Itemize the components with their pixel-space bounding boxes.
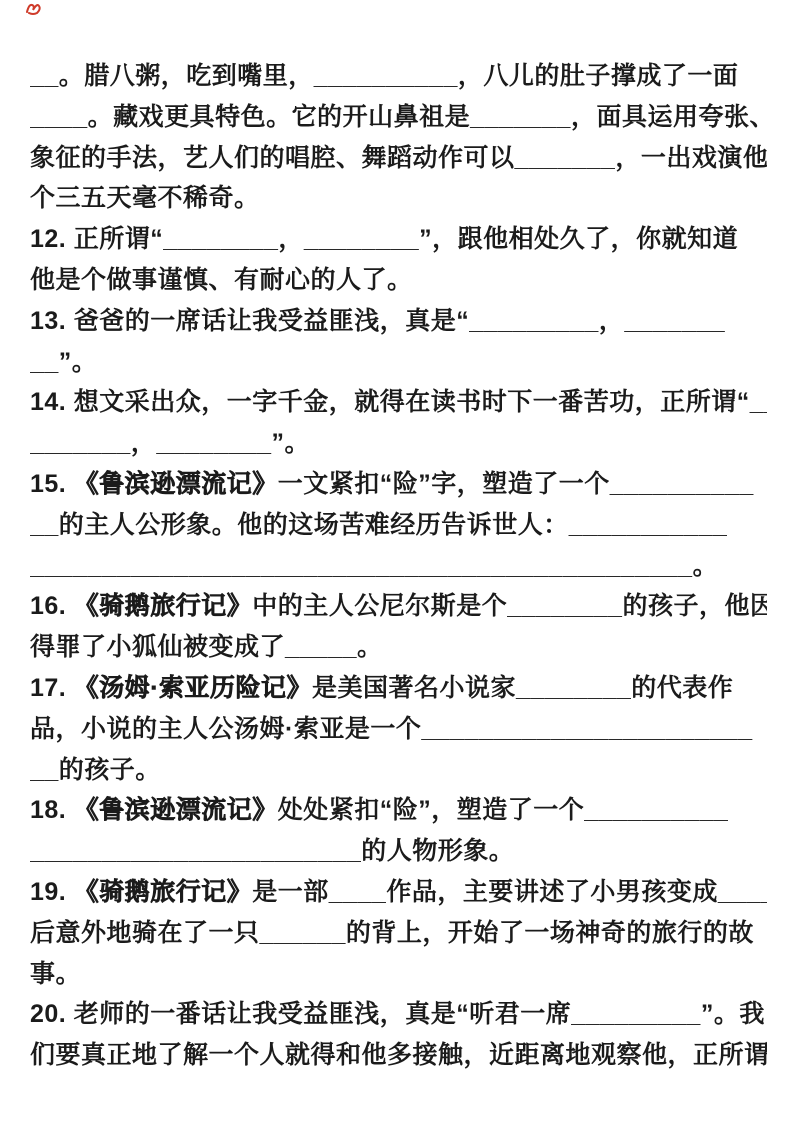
text-run: __的孩子。 bbox=[30, 756, 161, 784]
text-line: __”。 bbox=[30, 342, 767, 383]
text-run: 中的主人公尼尔斯是个________的孩子，他因 bbox=[252, 592, 767, 620]
text-line: _______，________”。 bbox=[30, 423, 767, 464]
text-run: 16. bbox=[30, 592, 74, 620]
worksheet-text-block: __。腊八粥，吃到嘴里，__________，八儿的肚子撑成了一面____。藏戏… bbox=[30, 56, 767, 1076]
text-run: ____。藏戏更具特色。它的开山鼻祖是_______，面具运用夸张、 bbox=[30, 103, 767, 131]
book-title: 《鲁滨逊漂流记》 bbox=[74, 796, 278, 824]
text-run: 是美国著名小说家________的代表作 bbox=[312, 674, 733, 702]
book-title: 《鲁滨逊漂流记》 bbox=[74, 470, 278, 498]
text-line: __的孩子。 bbox=[30, 750, 767, 791]
text-run: 处处紧扣“险”，塑造了一个__________ bbox=[278, 796, 729, 824]
text-line: __。腊八粥，吃到嘴里，__________，八儿的肚子撑成了一面 bbox=[30, 56, 767, 97]
text-run: 他是个做事谨慎、有耐心的人了。 bbox=[30, 266, 413, 294]
text-run: 14. 想文采出众，一字千金，就得在读书时下一番苦功，正所谓“__ bbox=[30, 388, 767, 416]
text-run: 得罪了小狐仙被变成了_____。 bbox=[30, 633, 383, 661]
text-line: 13. 爸爸的一席话让我受益匪浅，真是“_________，_______ bbox=[30, 301, 767, 342]
text-line: 们要真正地了解一个人就得和他多接触，近距离地观察他，正所谓 bbox=[30, 1035, 767, 1076]
text-run: 是一部____作品，主要讲述了小男孩变成_____ bbox=[252, 878, 767, 906]
text-line: 18. 《鲁滨逊漂流记》处处紧扣“险”，塑造了一个__________ bbox=[30, 790, 767, 831]
book-title: 《汤姆·索亚历险记》 bbox=[74, 674, 312, 702]
book-title: 《骑鹅旅行记》 bbox=[74, 592, 253, 620]
text-line: 16. 《骑鹅旅行记》中的主人公尼尔斯是个________的孩子，他因 bbox=[30, 586, 767, 627]
text-run: 事。 bbox=[30, 960, 81, 988]
red-scribble-mark bbox=[25, 1, 43, 16]
text-line: _______________________的人物形象。 bbox=[30, 831, 767, 872]
text-line: 品，小说的主人公汤姆·索亚是一个_______________________ bbox=[30, 709, 767, 750]
text-run: _______________________的人物形象。 bbox=[30, 837, 514, 865]
text-run: 13. 爸爸的一席话让我受益匪浅，真是“_________，_______ bbox=[30, 307, 725, 335]
text-line: 14. 想文采出众，一字千金，就得在读书时下一番苦功，正所谓“__ bbox=[30, 382, 767, 423]
text-run: 们要真正地了解一个人就得和他多接触，近距离地观察他，正所谓 bbox=[30, 1041, 767, 1069]
text-run: 象征的手法，艺人们的唱腔、舞蹈动作可以_______，一出戏演他 bbox=[30, 144, 767, 172]
text-line: 事。 bbox=[30, 954, 767, 995]
text-run: 品，小说的主人公汤姆·索亚是一个_______________________ bbox=[30, 715, 753, 743]
text-line: ____。藏戏更具特色。它的开山鼻祖是_______，面具运用夸张、 bbox=[30, 97, 767, 138]
text-run: 17. bbox=[30, 674, 74, 702]
text-line: 个三五天毫不稀奇。 bbox=[30, 178, 767, 219]
text-run: __的主人公形象。他的这场苦难经历告诉世人：___________ bbox=[30, 511, 727, 539]
text-line: 20. 老师的一番话让我受益匪浅，真是“听君一席_________”。我 bbox=[30, 994, 767, 1035]
text-line: 17. 《汤姆·索亚历险记》是美国著名小说家________的代表作 bbox=[30, 668, 767, 709]
text-run: ________________________________________… bbox=[30, 552, 718, 580]
text-run: 12. 正所谓“________，________”，跟他相处久了，你就知道 bbox=[30, 225, 738, 253]
text-run: 20. 老师的一番话让我受益匪浅，真是“听君一席_________”。我 bbox=[30, 1000, 765, 1028]
text-line: 12. 正所谓“________，________”，跟他相处久了，你就知道 bbox=[30, 219, 767, 260]
text-run: 15. bbox=[30, 470, 74, 498]
text-run: __”。 bbox=[30, 348, 97, 376]
text-run: __。腊八粥，吃到嘴里，__________，八儿的肚子撑成了一面 bbox=[30, 62, 738, 90]
text-run: 后意外地骑在了一只______的背上，开始了一场神奇的旅行的故 bbox=[30, 919, 754, 947]
text-line: 19. 《骑鹅旅行记》是一部____作品，主要讲述了小男孩变成_____ bbox=[30, 872, 767, 913]
text-line: 后意外地骑在了一只______的背上，开始了一场神奇的旅行的故 bbox=[30, 913, 767, 954]
text-line: 象征的手法，艺人们的唱腔、舞蹈动作可以_______，一出戏演他 bbox=[30, 138, 767, 179]
text-run: 一文紧扣“险”字，塑造了一个__________ bbox=[278, 470, 754, 498]
text-line: 15. 《鲁滨逊漂流记》一文紧扣“险”字，塑造了一个__________ bbox=[30, 464, 767, 505]
text-line: 得罪了小狐仙被变成了_____。 bbox=[30, 627, 767, 668]
text-run: _______，________”。 bbox=[30, 429, 310, 457]
text-run: 19. bbox=[30, 878, 74, 906]
text-line: ________________________________________… bbox=[30, 546, 767, 587]
text-line: 他是个做事谨慎、有耐心的人了。 bbox=[30, 260, 767, 301]
worksheet-page: __。腊八粥，吃到嘴里，__________，八儿的肚子撑成了一面____。藏戏… bbox=[0, 0, 793, 1122]
book-title: 《骑鹅旅行记》 bbox=[74, 878, 253, 906]
text-line: __的主人公形象。他的这场苦难经历告诉世人：___________ bbox=[30, 505, 767, 546]
text-run: 18. bbox=[30, 796, 74, 824]
text-run: 个三五天毫不稀奇。 bbox=[30, 184, 260, 212]
